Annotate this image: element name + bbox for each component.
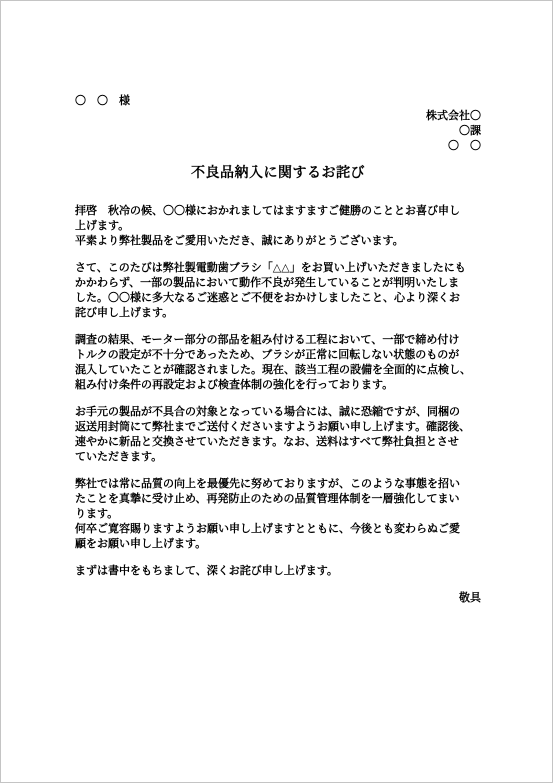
letter-title: 不良品納入に関するお詫び (75, 163, 481, 183)
paragraph-cause-investigation: 調査の結果、モーター部分の部品を組み付ける工程において、一部で締め付けトルクの設… (75, 332, 481, 392)
paragraph-prevention-pledge: 弊社では常に品質の向上を最優先に努めておりますが、このような事態を招いたことを真… (75, 476, 481, 551)
sender-block: 株式会社〇 〇課 〇 〇 (75, 108, 481, 153)
sender-company: 株式会社〇 (75, 108, 481, 123)
recipient-name: 〇 〇 様 (75, 93, 481, 108)
letter-body: 拝啓 秋冷の候、〇〇様におかれましてはますますご健勝のこととお喜び申し上げます。… (75, 203, 481, 578)
closing-keigu: 敬具 (75, 590, 481, 605)
sender-department: 〇課 (75, 123, 481, 138)
document-page: 〇 〇 様 株式会社〇 〇課 〇 〇 不良品納入に関するお詫び 拝啓 秋冷の候、… (0, 0, 553, 783)
letter-content: 〇 〇 様 株式会社〇 〇課 〇 〇 不良品納入に関するお詫び 拝啓 秋冷の候、… (75, 93, 481, 605)
paragraph-replacement-request: お手元の製品が不具合の対象となっている場合には、誠に恐縮ですが、同梱の返送用封筒… (75, 404, 481, 464)
paragraph-greeting: 拝啓 秋冷の候、〇〇様におかれましてはますますご健勝のこととお喜び申し上げます。… (75, 203, 481, 248)
paragraph-apology-intro: さて、このたびは弊社製電動歯ブラシ「△△」をお買い上げいただきましたにもかかわら… (75, 260, 481, 320)
sender-name: 〇 〇 (75, 138, 481, 153)
paragraph-final-apology: まずは書中をもちまして、深くお詫び申し上げます。 (75, 563, 481, 578)
